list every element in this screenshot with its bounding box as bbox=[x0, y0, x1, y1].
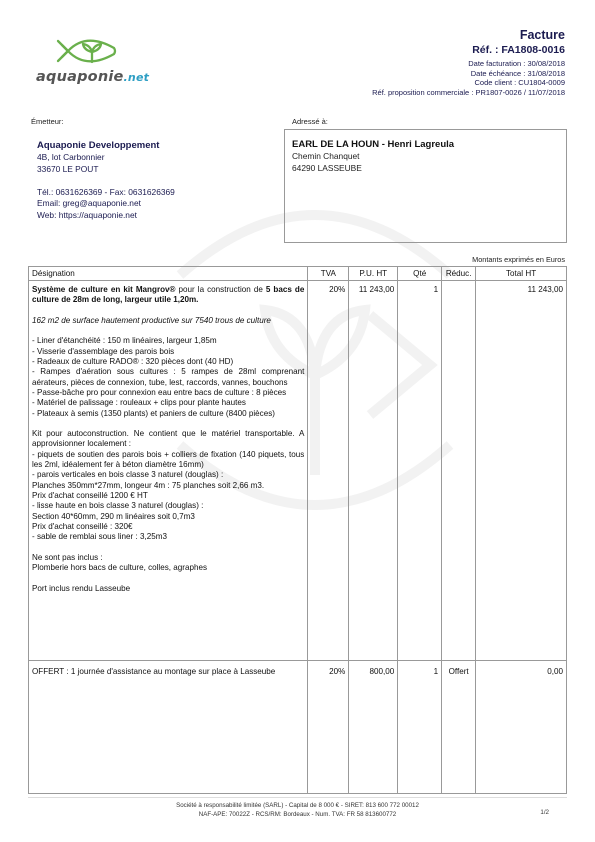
description-line: - Matériel de palissage : rouleaux + cli… bbox=[32, 398, 304, 408]
sender-name: Aquaponie Developpement bbox=[37, 140, 175, 152]
sender-label: Émetteur: bbox=[31, 117, 64, 126]
description-line: Planches 350mm*27mm, longeur 4m : 75 pla… bbox=[32, 481, 304, 491]
description-line: - parois verticales en bois classe 3 nat… bbox=[32, 470, 304, 480]
description-line: - Rampes d'aération sous cultures : 5 ra… bbox=[32, 367, 304, 388]
fish-sprout-icon bbox=[56, 36, 118, 66]
item-description: Système de culture en kit Mangrov® pour … bbox=[29, 281, 308, 661]
invoice-due-date: Date échéance : 31/08/2018 bbox=[372, 69, 565, 79]
sender-block: Aquaponie Developpement 4B, lot Carbonni… bbox=[37, 140, 175, 222]
table-row: Système de culture en kit Mangrov® pour … bbox=[29, 281, 567, 661]
page-number: 1/2 bbox=[540, 809, 549, 816]
proposal-reference: Réf. proposition commerciale : PR1807-00… bbox=[372, 88, 565, 98]
col-header-total: Total HT bbox=[476, 267, 567, 281]
currency-note: Montants exprimés en Euros bbox=[472, 255, 565, 264]
sender-email: Email: greg@aquaponie.net bbox=[37, 198, 175, 210]
sender-phone: Tél.: 0631626369 - Fax: 0631626369 bbox=[37, 187, 175, 199]
invoice-items-table: Désignation TVA P.U. HT Qté Réduc. Total… bbox=[28, 266, 567, 794]
col-header-designation: Désignation bbox=[29, 267, 308, 281]
description-line: Prix d'achat conseillé : 320€ bbox=[32, 522, 304, 532]
recipient-name: EARL DE LA HOUN - Henri Lagreula bbox=[292, 139, 559, 151]
item-description: OFFERT : 1 journée d'assistance au monta… bbox=[29, 661, 308, 794]
company-logo: aquaponie.net bbox=[36, 36, 146, 86]
invoice-header: Facture Réf. : FA1808-0016 Date facturat… bbox=[372, 28, 565, 97]
col-header-tva: TVA bbox=[308, 267, 349, 281]
table-header-row: Désignation TVA P.U. HT Qté Réduc. Total… bbox=[29, 267, 567, 281]
customer-code: Code client : CU1804-0009 bbox=[372, 78, 565, 88]
description-line: Section 40*60mm, 290 m linéaires soit 0,… bbox=[32, 512, 304, 522]
item-unit-price: 11 243,00 bbox=[349, 281, 398, 661]
sender-address-1: 4B, lot Carbonnier bbox=[37, 152, 175, 164]
item-total: 0,00 bbox=[476, 661, 567, 794]
description-line: - lisse haute en bois classe 3 naturel (… bbox=[32, 501, 304, 511]
logo-wordmark: aquaponie.net bbox=[36, 69, 149, 85]
description-line: Prix d'achat conseillé 1200 € HT bbox=[32, 491, 304, 501]
description-line: - piquets de soutien des parois bois + c… bbox=[32, 450, 304, 471]
item-discount: Offert bbox=[442, 661, 476, 794]
invoice-date: Date facturation : 30/08/2018 bbox=[372, 59, 565, 69]
footer-line-2: NAF-APE: 70022Z - RCS/RM: Bordeaux - Num… bbox=[28, 810, 567, 819]
sender-address-2: 33670 LE POUT bbox=[37, 164, 175, 176]
item-tva: 20% bbox=[308, 661, 349, 794]
description-line: - sable de remblai sous liner : 3,25m3 bbox=[32, 532, 304, 542]
invoice-title: Facture bbox=[372, 28, 565, 43]
recipient-block: EARL DE LA HOUN - Henri Lagreula Chemin … bbox=[284, 129, 567, 243]
item-total: 11 243,00 bbox=[476, 281, 567, 661]
description-line: - Plateaux à semis (1350 plants) et pani… bbox=[32, 409, 304, 419]
legal-footer: Société à responsabilité limitée (SARL) … bbox=[28, 797, 567, 819]
item-quantity: 1 bbox=[398, 661, 442, 794]
col-header-discount: Réduc. bbox=[442, 267, 476, 281]
description-line: - Visserie d'assemblage des parois bois bbox=[32, 347, 304, 357]
recipient-address-2: 64290 LASSEUBE bbox=[292, 163, 559, 175]
table-row: OFFERT : 1 journée d'assistance au monta… bbox=[29, 661, 567, 794]
col-header-unit-price: P.U. HT bbox=[349, 267, 398, 281]
description-line: - Passe-bâche pro pour connexion eau ent… bbox=[32, 388, 304, 398]
description-line: - Radeaux de culture RADO® : 320 pièces … bbox=[32, 357, 304, 367]
recipient-address-1: Chemin Chanquet bbox=[292, 151, 559, 163]
col-header-quantity: Qté bbox=[398, 267, 442, 281]
item-tva: 20% bbox=[308, 281, 349, 661]
sender-web: Web: https://aquaponie.net bbox=[37, 210, 175, 222]
item-quantity: 1 bbox=[398, 281, 442, 661]
recipient-label: Adressé à: bbox=[292, 117, 328, 126]
invoice-reference: Réf. : FA1808-0016 bbox=[372, 43, 565, 57]
description-line: - Liner d'étanchéité : 150 m linéaires, … bbox=[32, 336, 304, 346]
item-discount bbox=[442, 281, 476, 661]
footer-line-1: Société à responsabilité limitée (SARL) … bbox=[28, 801, 567, 810]
item-unit-price: 800,00 bbox=[349, 661, 398, 794]
